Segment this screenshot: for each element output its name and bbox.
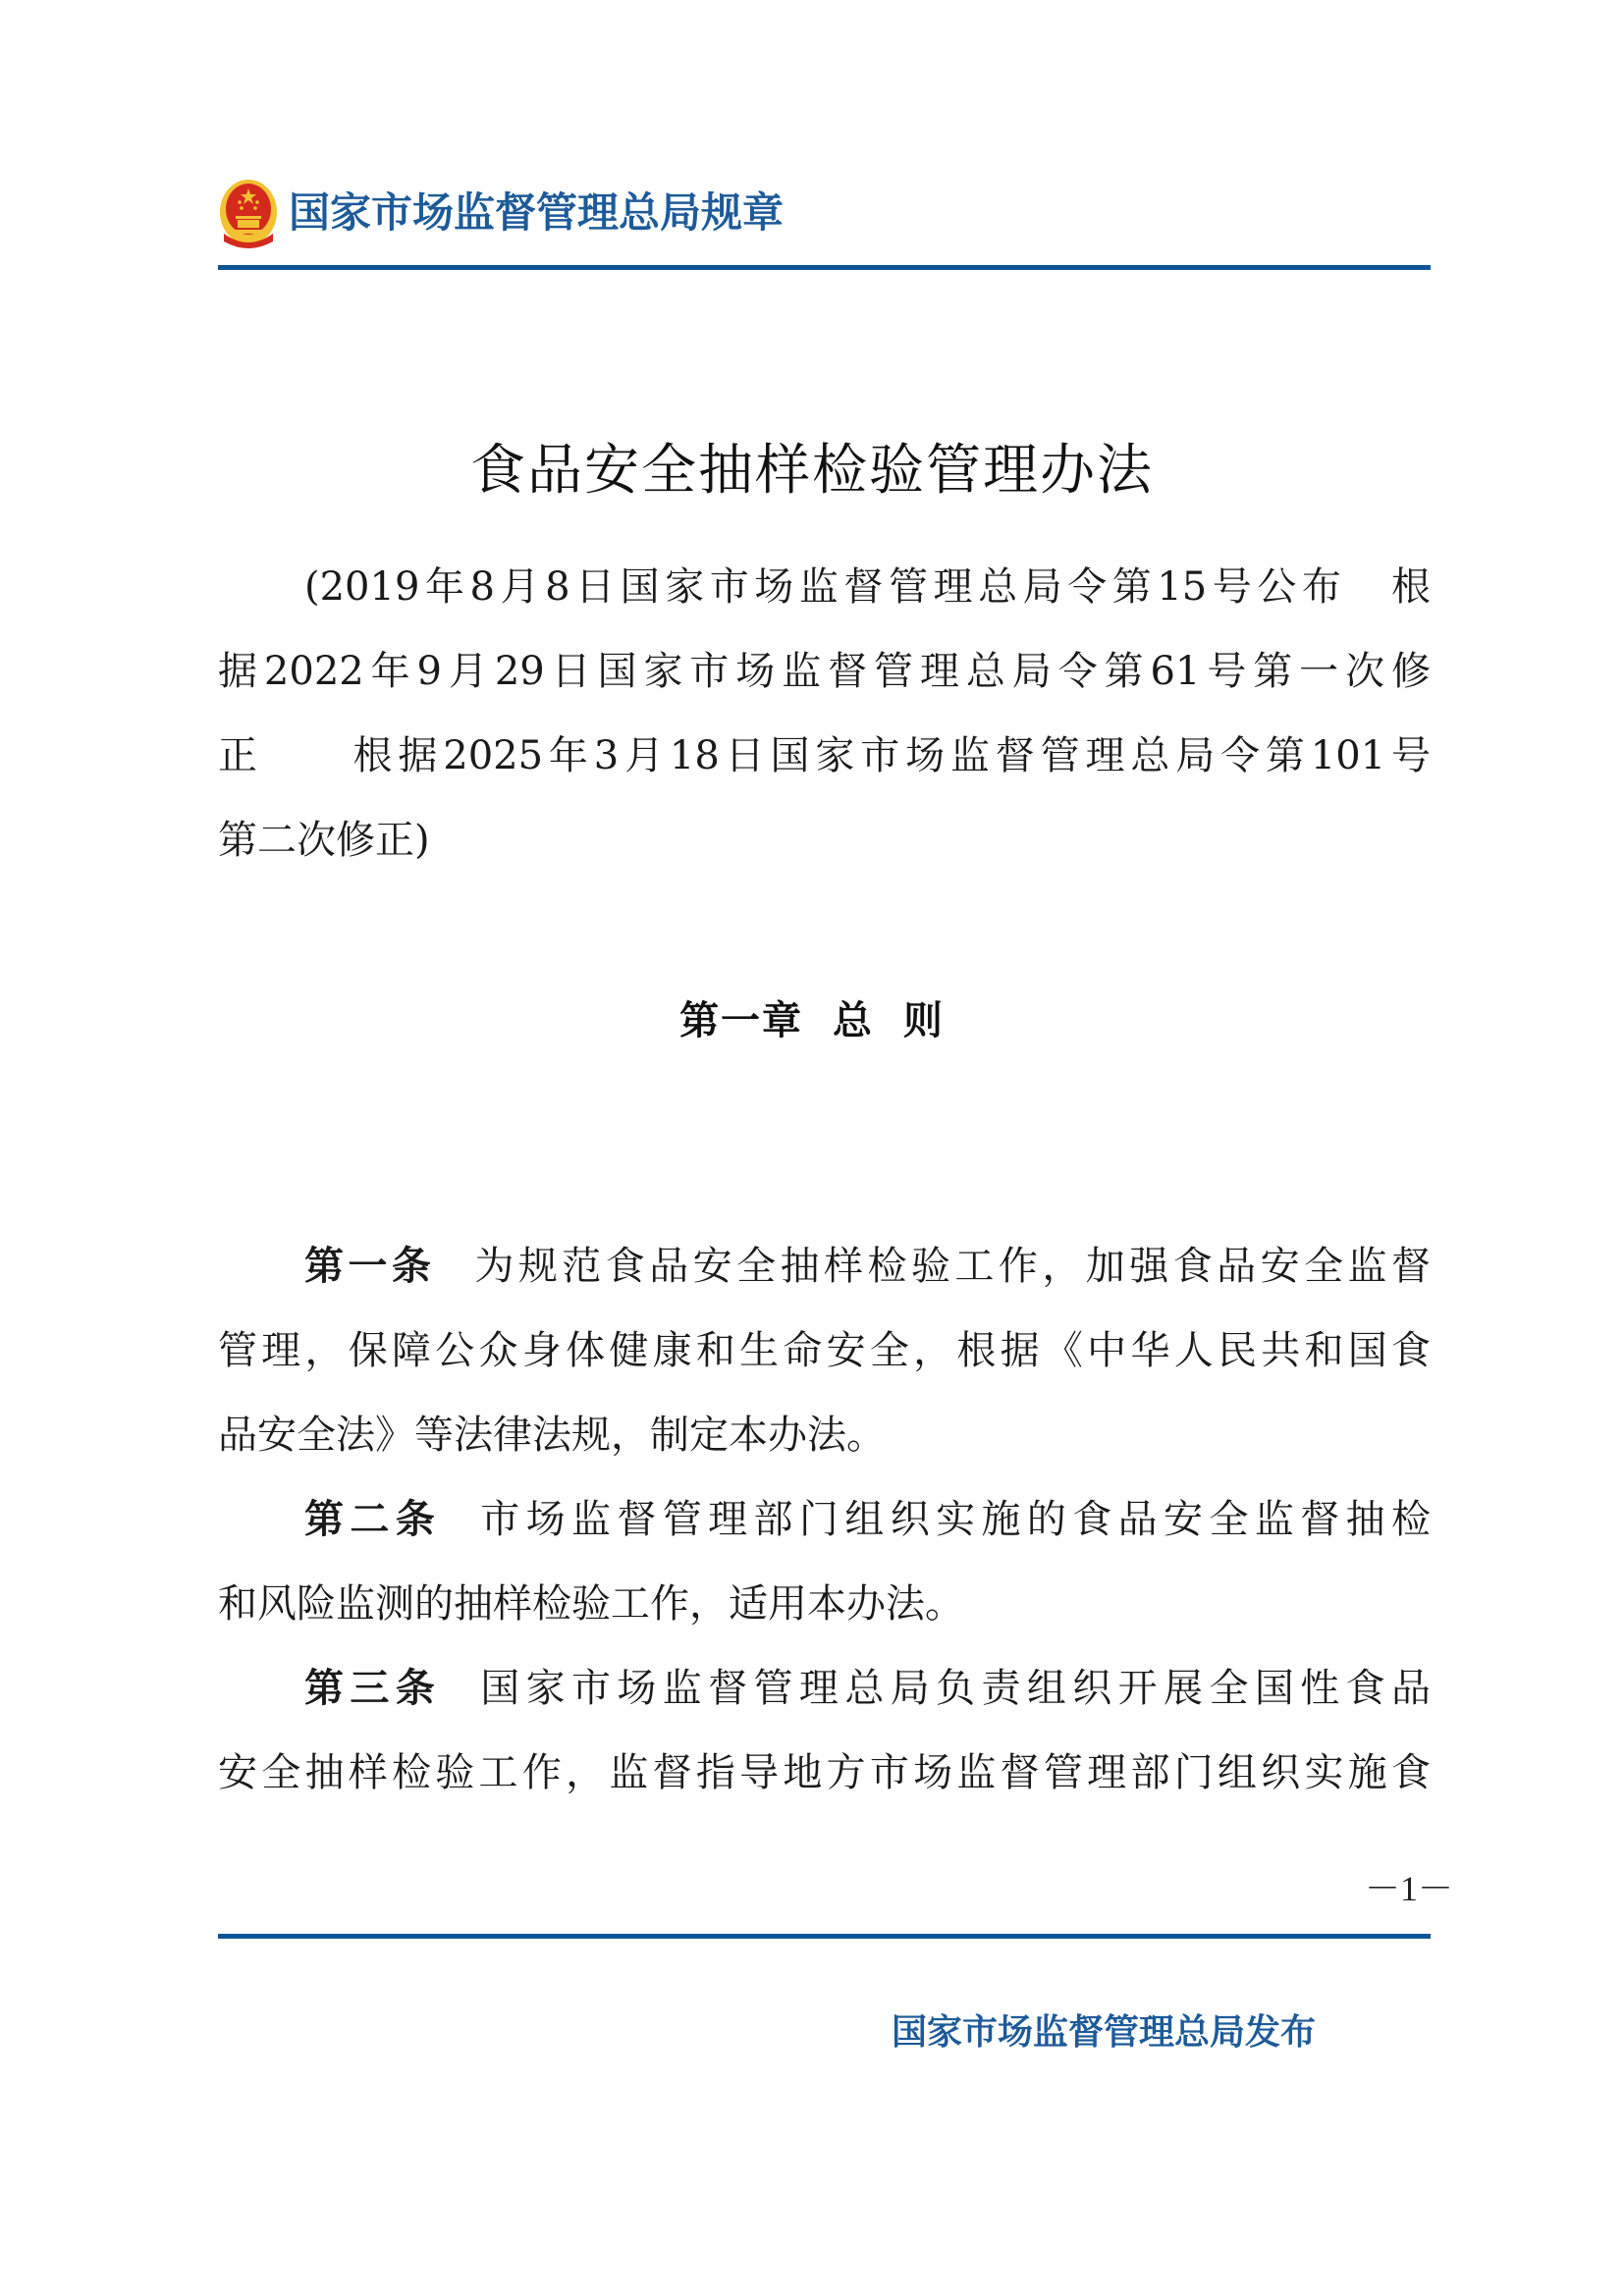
article-label: 第二条 [304,1497,441,1542]
page-number: －1－ [1365,1861,1453,1911]
footer-divider [218,1934,1431,1939]
page-header: 国家市场监督管理总局规章 [218,179,784,247]
preamble-line: 据2022年9月29日国家市场监督管理总局令第61号第一次修 [218,652,1431,691]
article-1-line: 品安全法》等法律法规，制定本办法。 [218,1415,1431,1455]
article-1-line: 管理，保障公众身体健康和生命安全，根据《中华人民共和国食 [218,1331,1431,1370]
document-title: 食品安全抽样检验管理办法 [0,444,1624,499]
article-2-line: 和风险监测的抽样检验工作，适用本办法。 [218,1584,1431,1624]
article-text: 国家市场监督管理总局负责组织开展全国性食品 [480,1666,1431,1711]
header-title: 国家市场监督管理总局规章 [289,192,784,234]
article-text: 市场监督管理部门组织实施的食品安全监督抽检 [480,1497,1431,1542]
chapter-heading: 第一章 总 则 [0,989,1624,1045]
publisher-label: 国家市场监督管理总局发布 [892,2004,1316,2055]
preamble-line: 第二次修正) [218,821,1431,860]
preamble-line: (2019年8月8日国家市场监督管理总局令第15号公布 根 [218,567,1431,607]
article-2-line: 第二条市场监督管理部门组织实施的食品安全监督抽检 [218,1500,1431,1539]
article-label: 第一条 [304,1244,435,1289]
article-text: 为规范食品安全抽样检验工作，加强食品安全监督 [474,1244,1431,1289]
header-divider [218,265,1431,270]
preamble-line: 正 根据2025年3月18日国家市场监督管理总局令第101号 [218,736,1431,775]
article-3-line: 第三条国家市场监督管理总局负责组织开展全国性食品 [218,1669,1431,1708]
national-emblem-icon [218,177,279,249]
article-1-line: 第一条为规范食品安全抽样检验工作，加强食品安全监督 [218,1247,1431,1286]
document-page: 国家市场监督管理总局规章 食品安全抽样检验管理办法 (2019年8月8日国家市场… [0,0,1624,2296]
article-label: 第三条 [304,1666,441,1711]
article-3-line: 安全抽样检验工作，监督指导地方市场监督管理部门组织实施食 [218,1753,1431,1792]
